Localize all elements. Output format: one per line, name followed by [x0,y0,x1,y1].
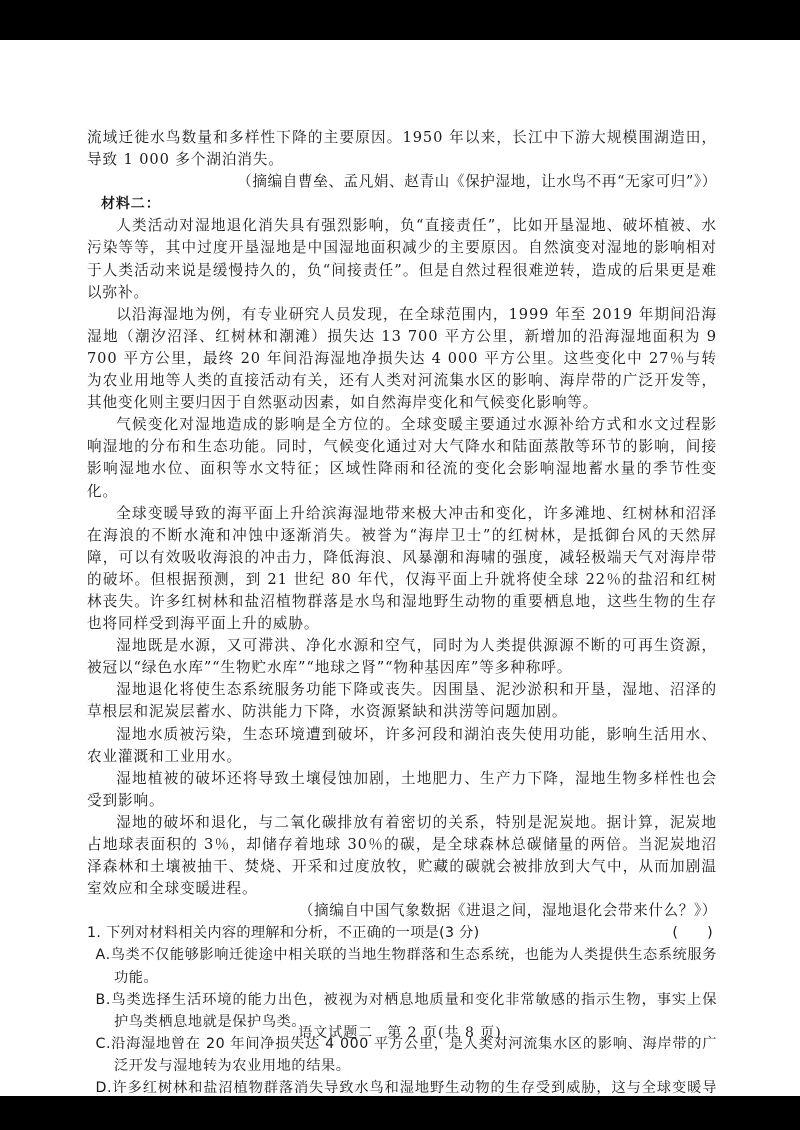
question-text: 1. 下列对材料相关内容的理解和分析，不正确的一项是(3 分) [87,922,479,944]
option-label: A. [96,947,111,963]
material2-paragraph: 气候变化对湿地造成的影响是全方位的。全球变暖主要通过水源补给方式和水文过程影响湿… [87,414,717,502]
exam-page: 流域迁徙水鸟数量和多样性下降的主要原因。1950 年以来，长江中下游大规模围湖造… [87,127,717,1121]
footer-page-number: 第 2 页(共 8 页) [387,1025,502,1041]
material2-heading: 材料二： [87,193,717,215]
question-1-stem: 1. 下列对材料相关内容的理解和分析，不正确的一项是(3 分) ( ) [87,922,717,944]
scan-border-top [0,0,800,40]
material2-paragraph: 湿地退化将使生态系统服务功能下降或丧失。因围垦、泥沙淤积和开垦，湿地、沼泽的草根… [87,679,717,723]
material1-citation: （摘编自曹垒、孟凡娟、赵青山《保护湿地，让水鸟不再“无家可归”》） [87,171,717,193]
option-a: A.鸟类不仅能够影响迁徙途中相关联的当地生物群落和生态系统，也能为人类提供生态系… [87,944,717,988]
material1-tail-paragraph: 流域迁徙水鸟数量和多样性下降的主要原因。1950 年以来，长江中下游大规模围湖造… [87,127,717,171]
option-text: 鸟类不仅能够影响迁徙途中相关联的当地生物群落和生态系统，也能为人类提供生态系统服… [111,947,717,985]
material2-paragraph: 全球变暖导致的海平面上升给滨海湿地带来极大冲击和变化，许多滩地、红树林和沼泽在海… [87,503,717,636]
answer-blank: ( ) [672,922,717,944]
option-label: B. [96,992,111,1008]
footer-subject: 语文试题二 [298,1025,373,1041]
material2-paragraph: 湿地植被的破坏还将导致土壤侵蚀加剧，土地肥力、生产力下降，湿地生物多样性也会受到… [87,768,717,812]
material2-paragraph: 湿地水质被污染，生态环境遭到破坏，许多河段和湖泊丧失使用功能，影响生活用水、农业… [87,724,717,768]
material2-paragraph: 人类活动对湿地退化消失具有强烈影响，负“直接责任”，比如开垦湿地、破坏植被、水污… [87,215,717,303]
material2-paragraph: 湿地的破坏和退化，与二氧化碳排放有着密切的关系，特别是泥炭地。据计算，泥炭地占地… [87,812,717,900]
material2-citation: （摘编自中国气象数据《进退之间，湿地退化会带来什么？》） [87,900,717,922]
material2-paragraph: 以沿海湿地为例，有专业研究人员发现，在全球范围内，1999 年至 2019 年期… [87,304,717,414]
option-label: D. [96,1080,113,1096]
scan-border-bottom [0,1096,800,1130]
page-footer: 语文试题二第 2 页(共 8 页) [0,1022,800,1042]
material2-paragraph: 湿地既是水源，又可滞洪、净化水源和空气，同时为人类提供源源不断的可再生资源，被冠… [87,635,717,679]
